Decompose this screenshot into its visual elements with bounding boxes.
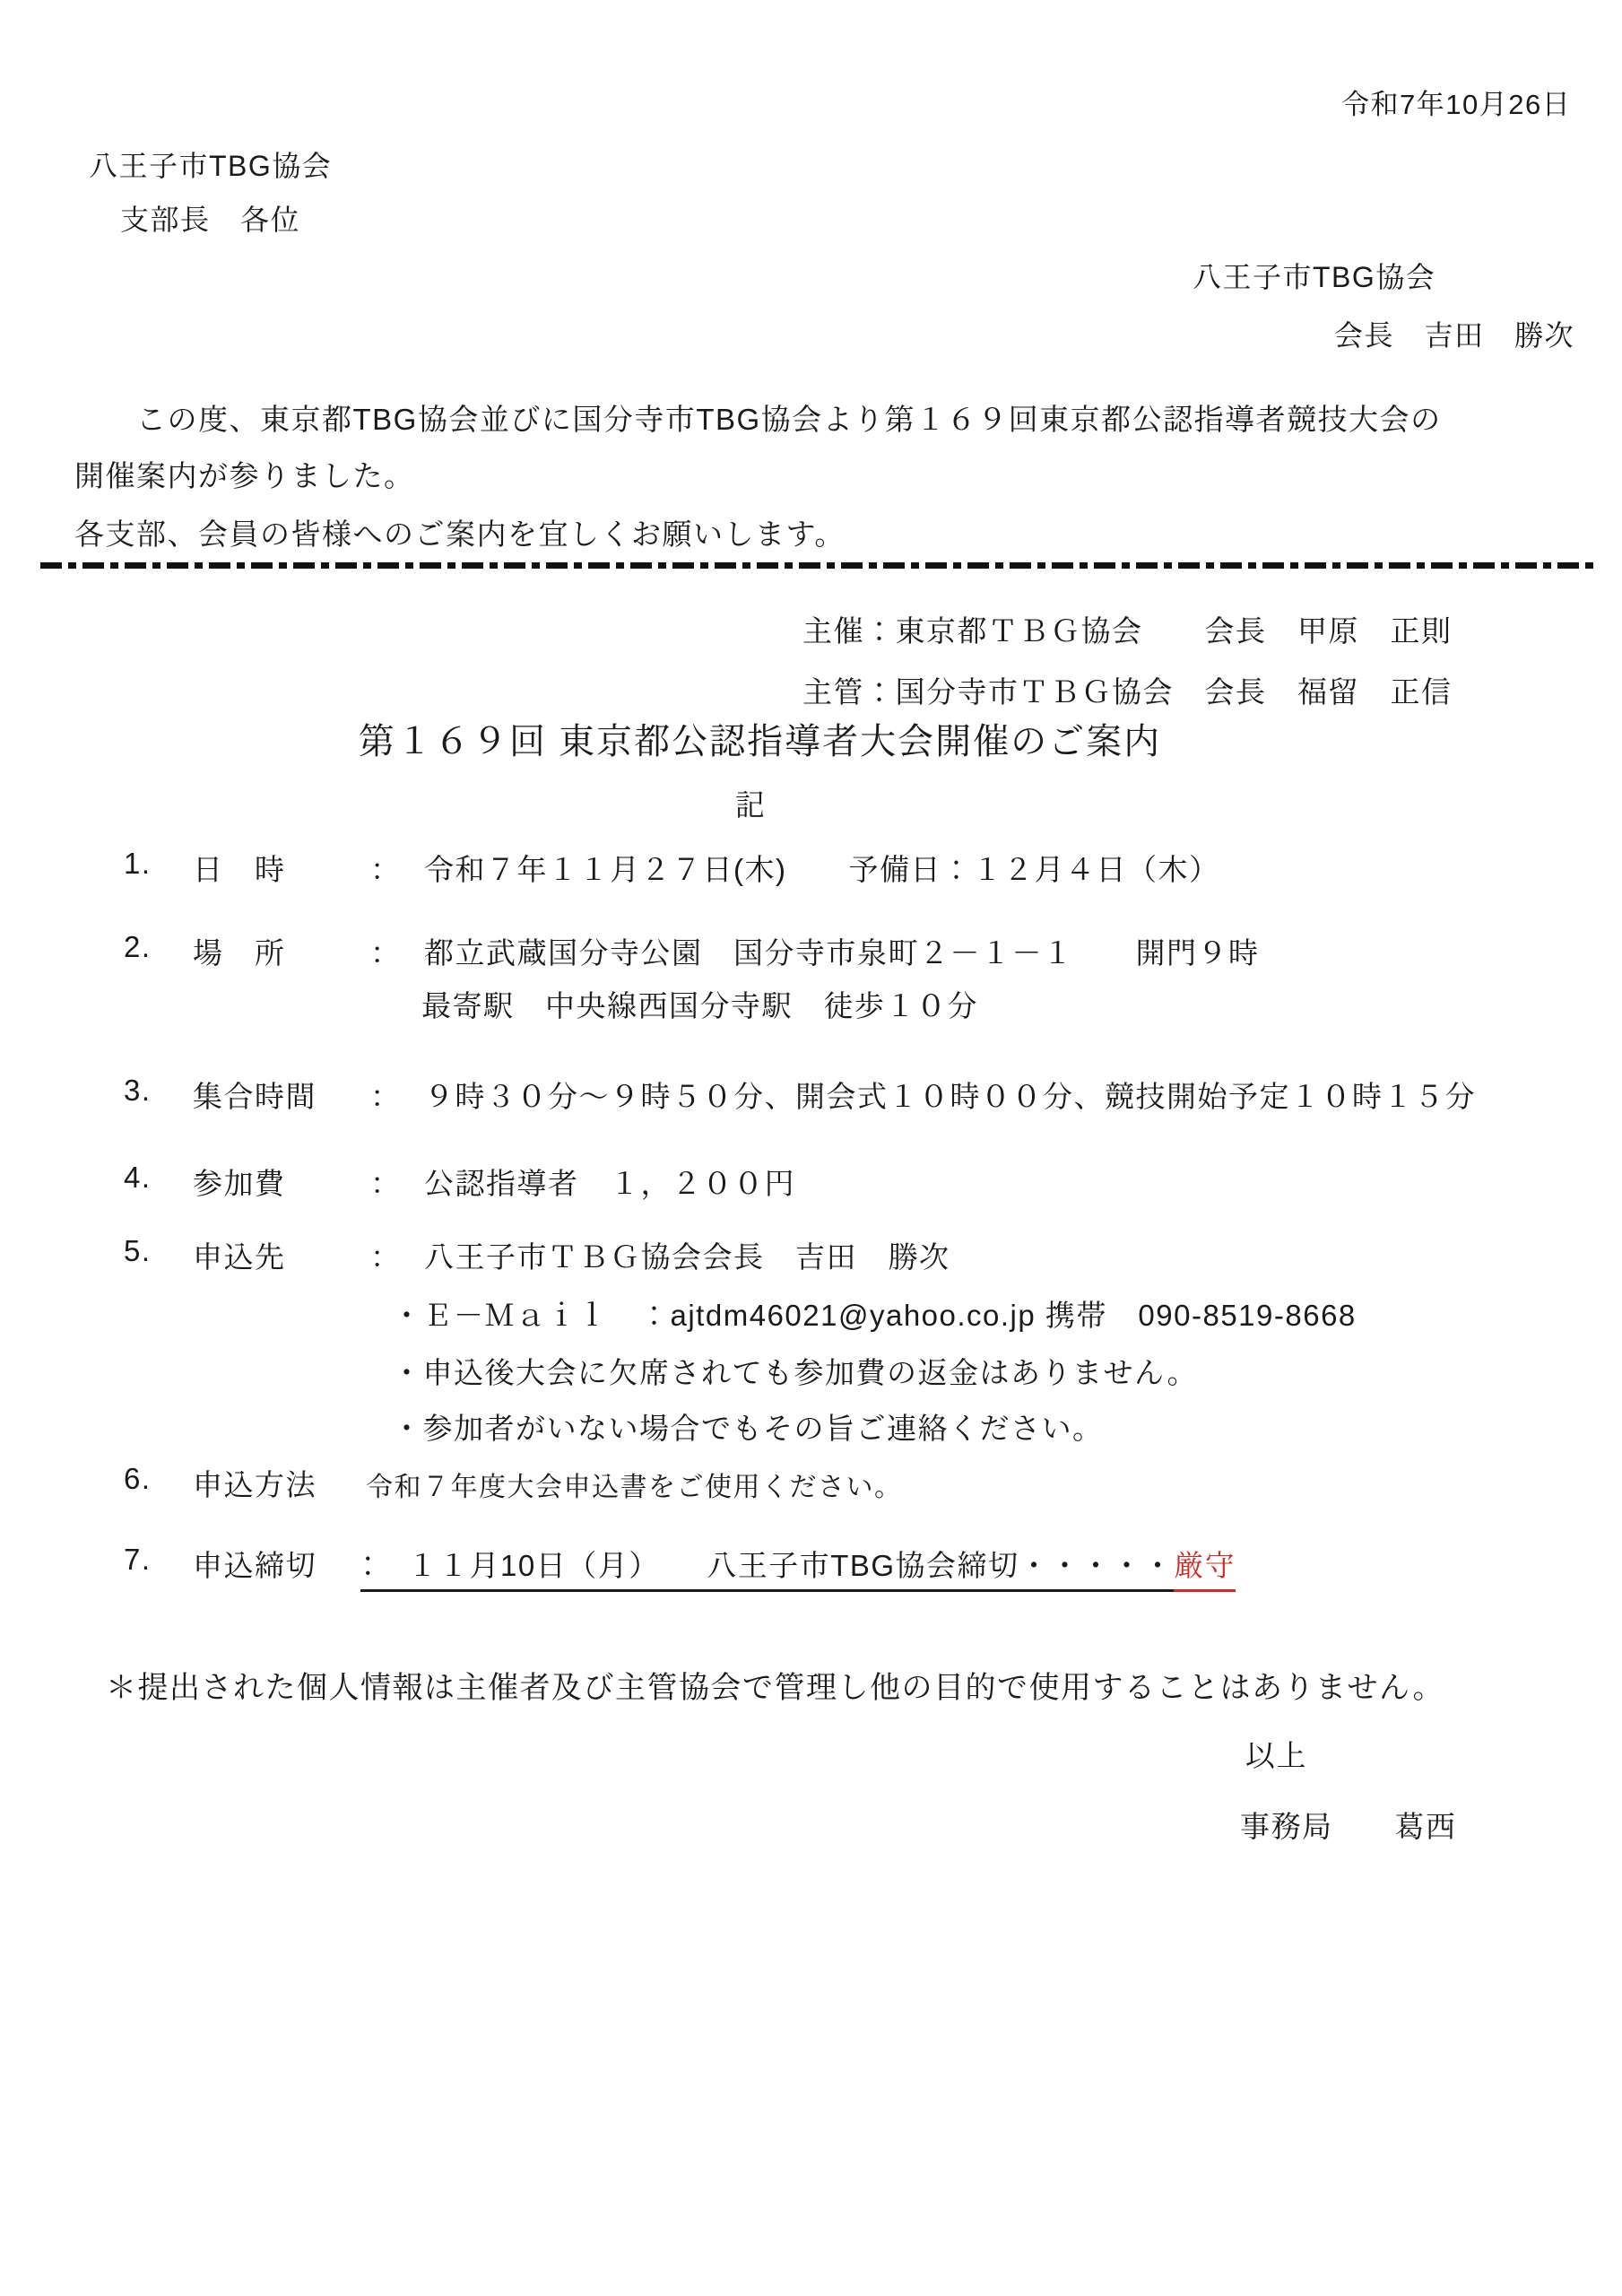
item-colon: ： xyxy=(370,930,424,972)
item-fee: 4. 参加費 ： 公認指導者 １，２００円 xyxy=(124,1161,795,1203)
item-number: 1. xyxy=(124,847,193,889)
item-number: 6. xyxy=(124,1462,193,1504)
item-label: 参加費 xyxy=(193,1161,370,1203)
item-colon: ： xyxy=(370,1234,424,1276)
document-page: 令和7年10月26日 八王子市TBG協会 支部長 各位 八王子市TBG協会 会長… xyxy=(0,0,1622,2296)
item-datetime: 1. 日 時 ： 令和７年１１月２７日(木) 予備日：１２月４日（木） xyxy=(124,847,1219,889)
item-colon: ： xyxy=(370,1074,424,1116)
item-label: 申込方法 xyxy=(193,1462,366,1504)
item-apply-email-line: ・Ｅ－Ｍａｉｌ ：ajtdm46021@yahoo.co.jp 携帯 090-8… xyxy=(392,1298,1357,1334)
sender-org: 八王子市TBG協会 xyxy=(1193,260,1436,294)
item-colon: ： xyxy=(370,1161,424,1203)
item-text: 公認指導者 １，２００円 xyxy=(424,1161,795,1203)
recipient-org: 八王子市TBG協会 xyxy=(89,149,332,183)
item-place: 2. 場 所 ： 都立武蔵国分寺公園 国分寺市泉町２－１－１ 開門９時 xyxy=(124,930,1260,972)
item-number: 5. xyxy=(124,1234,193,1276)
item-place-line2: 最寄駅 中央線西国分寺駅 徒歩１０分 xyxy=(421,988,978,1024)
item-meeting-time: 3. 集合時間 ： ９時３０分～９時５０分、開会式１０時００分、競技開始予定１０… xyxy=(124,1074,1476,1116)
item-deadline-strict: 厳守 xyxy=(1174,1543,1236,1592)
item-apply-contact-note: ・参加者がいない場合でもその旨ご連絡ください。 xyxy=(392,1411,1104,1447)
secretariat-line: 事務局 葛西 xyxy=(1240,1809,1457,1845)
intro-line-1: この度、東京都TBG協会並びに国分寺市TBG協会より第１６９回東京都公認指導者競… xyxy=(74,402,1442,438)
item-label: 集合時間 xyxy=(193,1074,370,1116)
item-deadline-text: ： １１月10日（月） 八王子市TBG協会締切・・・・・ xyxy=(360,1543,1174,1592)
item-label: 申込先 xyxy=(193,1234,370,1276)
intro-line-2: 開催案内が参りました。 xyxy=(74,458,415,494)
closing-ijou: 以上 xyxy=(1245,1738,1307,1774)
document-date: 令和7年10月26日 xyxy=(1341,88,1571,121)
item-number: 3. xyxy=(124,1074,193,1116)
recipient-line: 支部長 各位 xyxy=(120,203,300,237)
item-number: 7. xyxy=(124,1543,193,1592)
item-number: 4. xyxy=(124,1161,193,1203)
item-text: 八王子市ＴＢＧ協会会長 吉田 勝次 xyxy=(424,1234,950,1276)
notice-title: 第１６９回 東京都公認指導者大会開催のご案内 xyxy=(359,720,1161,763)
item-apply-refund-note: ・申込後大会に欠席されても参加費の返金はありません。 xyxy=(392,1355,1198,1391)
ki-marker: 記 xyxy=(735,787,767,823)
item-text: 令和７年１１月２７日(木) 予備日：１２月４日（木） xyxy=(424,847,1219,889)
item-label: 申込締切 xyxy=(193,1543,360,1592)
item-text: 都立武蔵国分寺公園 国分寺市泉町２－１－１ 開門９時 xyxy=(424,930,1260,972)
item-number: 2. xyxy=(124,930,193,972)
sender-person: 会長 吉田 勝次 xyxy=(1334,318,1574,352)
item-apply-method: 6. 申込方法 令和７年度大会申込書をご使用ください。 xyxy=(124,1462,903,1504)
privacy-note: ＊提出された個人情報は主催者及び主管協会で管理し他の目的で使用することはありませ… xyxy=(106,1670,1444,1707)
dash-dot-divider xyxy=(40,562,1596,569)
organizer-manager-line: 主管：国分寺市ＴＢＧ協会 会長 福留 正信 xyxy=(802,674,1453,710)
item-deadline: 7. 申込締切 ： １１月10日（月） 八王子市TBG協会締切・・・・・厳守 xyxy=(124,1543,1236,1592)
item-text: 令和７年度大会申込書をご使用ください。 xyxy=(366,1462,903,1504)
item-apply-to: 5. 申込先 ： 八王子市ＴＢＧ協会会長 吉田 勝次 xyxy=(124,1234,950,1276)
item-text: ９時３０分～９時５０分、開会式１０時００分、競技開始予定１０時１５分 xyxy=(424,1074,1476,1116)
item-label: 場 所 xyxy=(193,930,370,972)
intro-line-3: 各支部、会員の皆様へのご案内を宜しくお願いします。 xyxy=(74,517,846,552)
item-colon: ： xyxy=(370,847,424,889)
organizer-host-line: 主催：東京都ＴＢＧ協会 会長 甲原 正則 xyxy=(802,613,1453,649)
item-label: 日 時 xyxy=(193,847,370,889)
